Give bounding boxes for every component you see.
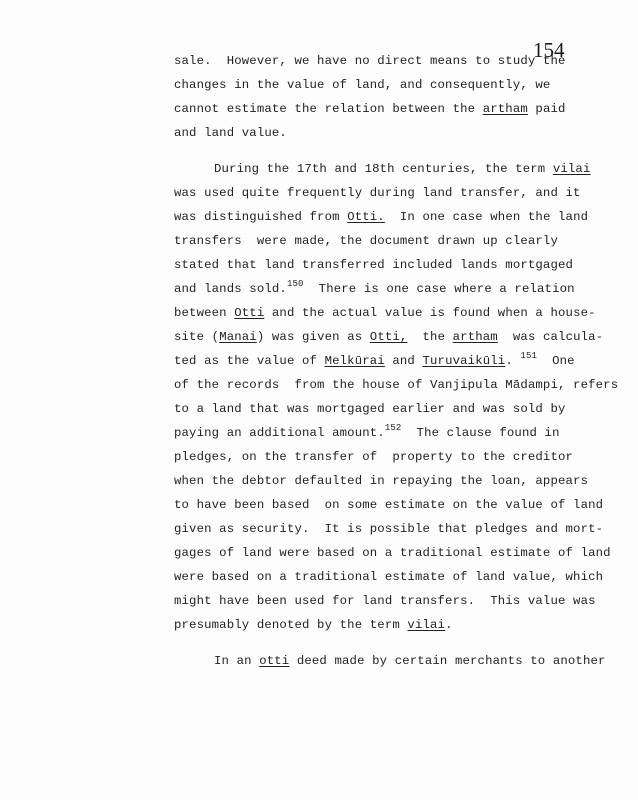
footnote-ref: 150: [287, 279, 304, 289]
text-line: to a land that was mortgaged earlier and…: [174, 402, 566, 416]
text-line: pledges, on the transfer of property to …: [174, 450, 573, 464]
text-run: and the actual value is found when a hou…: [264, 306, 595, 320]
text-run: changes in the value of land, and conseq…: [174, 78, 550, 92]
underlined-term: vilai: [553, 162, 591, 176]
text-run: given as security. It is possible that p…: [174, 522, 603, 536]
text-run: of the records from the house of Vanjipu…: [174, 378, 618, 392]
text-line: During the 17th and 18th centuries, the …: [214, 162, 590, 176]
text-run: During the 17th and 18th centuries, the …: [214, 162, 553, 176]
text-run: transfers were made, the document drawn …: [174, 234, 558, 248]
text-run: was used quite frequently during land tr…: [174, 186, 581, 200]
footnote-ref: 152: [385, 423, 402, 433]
text-line: transfers were made, the document drawn …: [174, 234, 558, 248]
text-run: pledges, on the transfer of property to …: [174, 450, 573, 464]
underlined-term: Otti,: [370, 330, 408, 344]
text-line: gages of land were based on a traditiona…: [174, 546, 611, 560]
text-run: .: [445, 618, 453, 632]
text-run: was distinguished from: [174, 210, 347, 224]
text-run: One: [537, 354, 575, 368]
text-run: and: [385, 354, 423, 368]
text-line: given as security. It is possible that p…: [174, 522, 603, 536]
text-run: were based on a traditional estimate of …: [174, 570, 603, 584]
underlined-term: Turuvaikūli: [423, 354, 506, 368]
text-line: stated that land transferred included la…: [174, 258, 573, 272]
text-line: paying an additional amount.152 The clau…: [174, 426, 560, 440]
text-line: ted as the value of Melkūrai and Turuvai…: [174, 354, 575, 368]
text-run: when the debtor defaulted in repaying th…: [174, 474, 588, 488]
text-run: ted as the value of: [174, 354, 325, 368]
text-line: when the debtor defaulted in repaying th…: [174, 474, 588, 488]
text-run: The clause found in: [401, 426, 559, 440]
underlined-term: Manai: [219, 330, 257, 344]
text-run: In an: [214, 654, 259, 668]
underlined-term: Melkūrai: [325, 354, 385, 368]
document-page: 154 sale. However, we have no direct mea…: [0, 0, 638, 800]
text-run: to a land that was mortgaged earlier and…: [174, 402, 566, 416]
text-line: sale. However, we have no direct means t…: [174, 54, 566, 68]
text-line: of the records from the house of Vanjipu…: [174, 378, 618, 392]
text-run: was calcula-: [498, 330, 603, 344]
text-run: and lands sold.: [174, 282, 287, 296]
text-line: might have been used for land transfers.…: [174, 594, 596, 608]
text-run: .: [505, 354, 520, 368]
underlined-term: vilai: [407, 618, 445, 632]
footnote-ref: 151: [520, 351, 537, 361]
underlined-term: Otti: [234, 306, 264, 320]
text-run: deed made by certain merchants to anothe…: [289, 654, 605, 668]
text-line: presumably denoted by the term vilai.: [174, 618, 453, 632]
text-line: In an otti deed made by certain merchant…: [214, 654, 606, 668]
underlined-term: otti: [259, 654, 289, 668]
text-run: cannot estimate the relation between the: [174, 102, 483, 116]
text-line: was distinguished from Otti. In one case…: [174, 210, 588, 224]
text-line: cannot estimate the relation between the…: [174, 102, 566, 116]
text-line: and lands sold.150 There is one case whe…: [174, 282, 575, 296]
text-run: paid: [528, 102, 566, 116]
text-run: and land value.: [174, 126, 287, 140]
text-line: was used quite frequently during land tr…: [174, 186, 581, 200]
underlined-term: artham: [453, 330, 498, 344]
text-line: and land value.: [174, 126, 287, 140]
text-line: changes in the value of land, and conseq…: [174, 78, 550, 92]
underlined-term: Otti.: [347, 210, 385, 224]
text-run: might have been used for land transfers.…: [174, 594, 596, 608]
text-run: site (: [174, 330, 219, 344]
text-run: between: [174, 306, 234, 320]
text-run: paying an additional amount.: [174, 426, 385, 440]
text-run: gages of land were based on a traditiona…: [174, 546, 611, 560]
text-run: stated that land transferred included la…: [174, 258, 573, 272]
underlined-term: artham: [483, 102, 528, 116]
text-run: ) was given as: [257, 330, 370, 344]
text-line: to have been based on some estimate on t…: [174, 498, 603, 512]
text-line: site (Manai) was given as Otti, the arth…: [174, 330, 603, 344]
text-run: to have been based on some estimate on t…: [174, 498, 603, 512]
text-run: presumably denoted by the term: [174, 618, 407, 632]
text-line: between Otti and the actual value is fou…: [174, 306, 596, 320]
text-run: There is one case where a relation: [304, 282, 575, 296]
text-run: the: [407, 330, 452, 344]
text-run: In one case when the land: [385, 210, 588, 224]
text-run: sale. However, we have no direct means t…: [174, 54, 566, 68]
text-line: were based on a traditional estimate of …: [174, 570, 603, 584]
